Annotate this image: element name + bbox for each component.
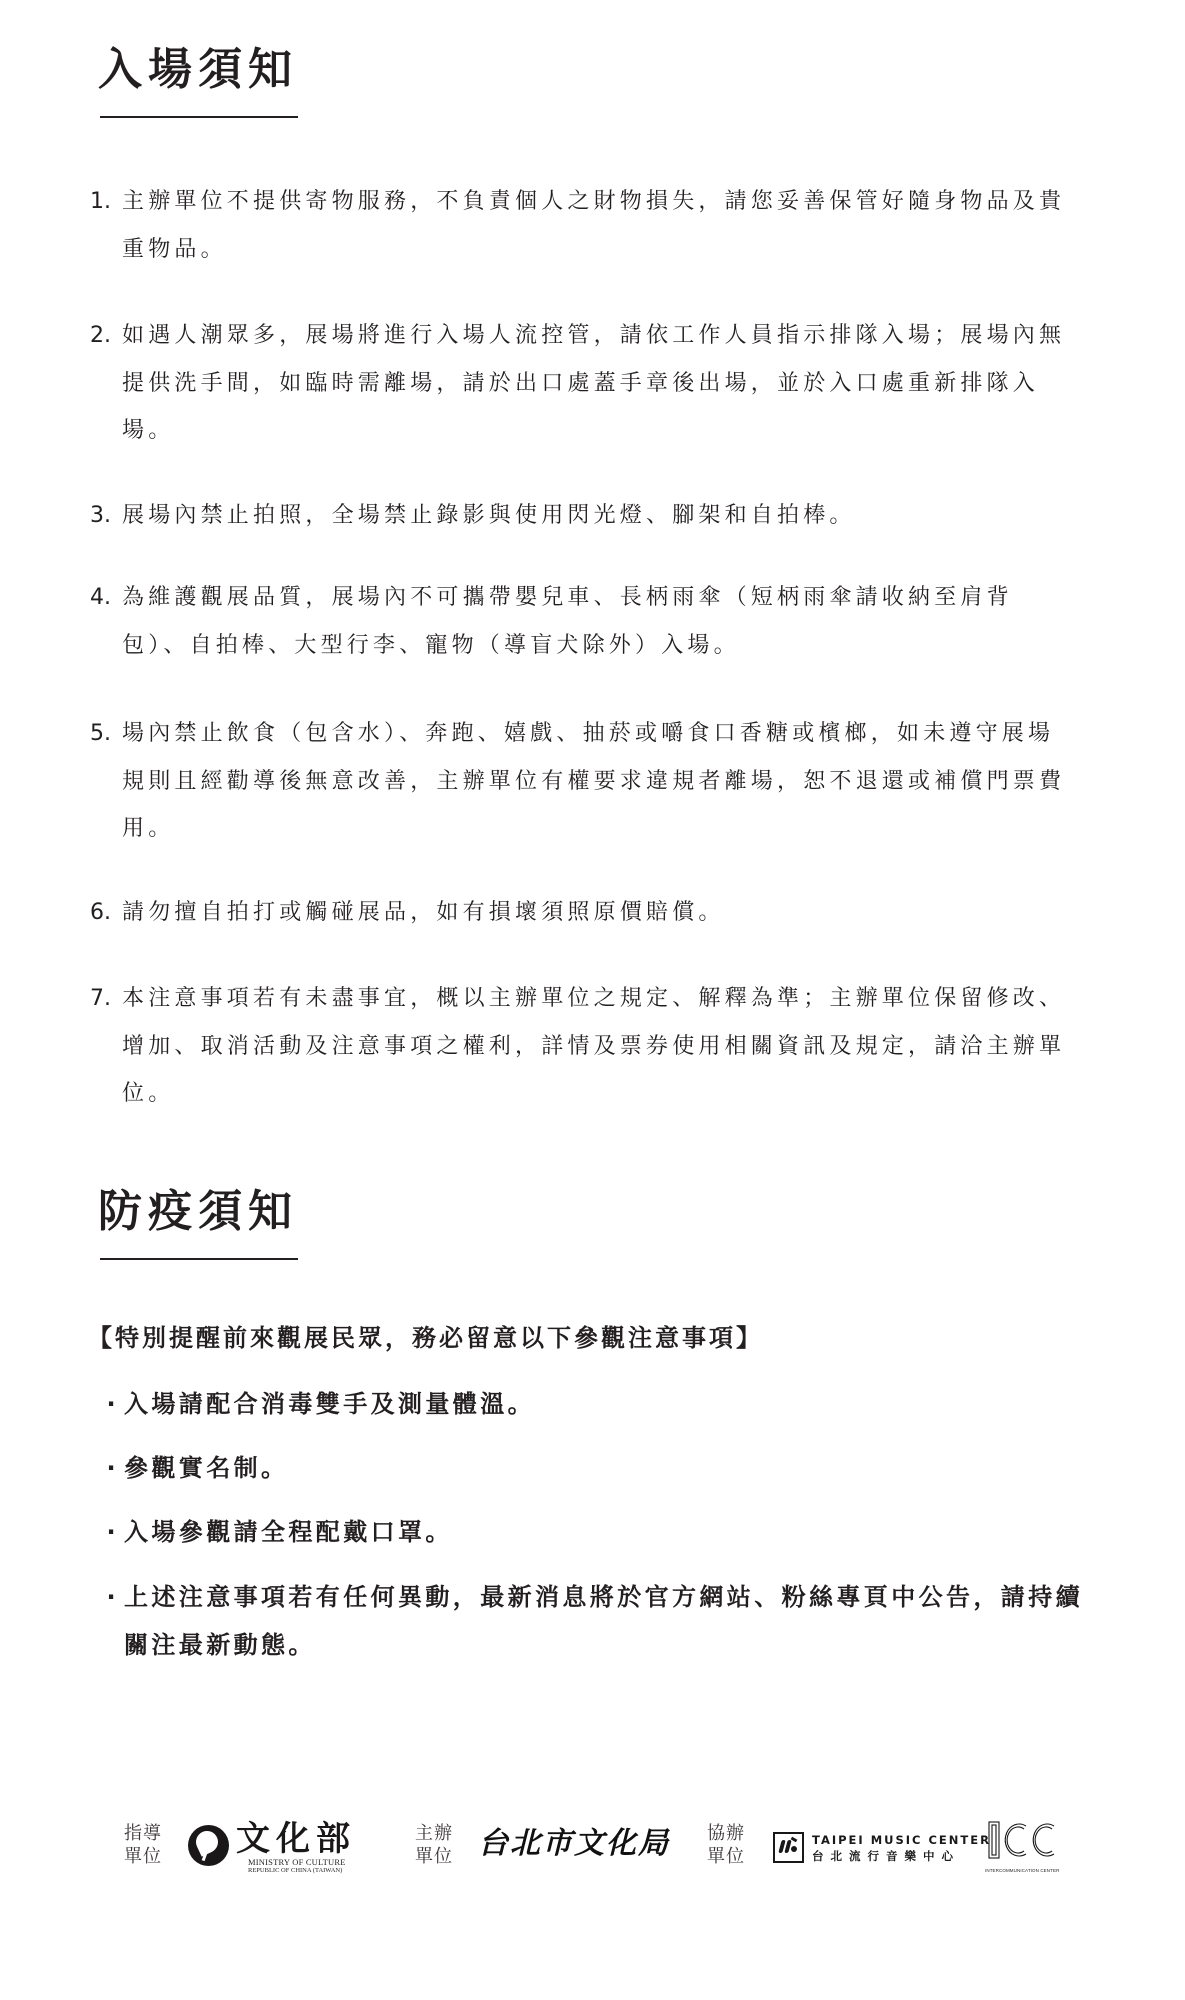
guidance-label-line1: 指導 bbox=[124, 1822, 168, 1845]
co-organizer-unit-label: 協辦 單位 bbox=[707, 1822, 751, 1868]
taipei-music-center-emblem-icon bbox=[773, 1832, 804, 1863]
rule-number: 5. bbox=[90, 710, 122, 758]
rule-number: 1. bbox=[90, 178, 122, 226]
bullet-text: 入場請配合消毒雙手及測量體溫。 bbox=[124, 1380, 1090, 1428]
bullet-text: 入場參觀請全程配戴口罩。 bbox=[124, 1508, 1090, 1556]
rule-item-7: 7. 本注意事項若有未盡事宜，概以主辦單位之規定、解釋為準；主辦單位保留修改、增… bbox=[90, 975, 1080, 1118]
ministry-of-culture-english: MINISTRY OF CULTURE bbox=[248, 1857, 346, 1867]
rule-number: 3. bbox=[90, 492, 122, 540]
rule-number: 6. bbox=[90, 889, 122, 937]
rule-text: 主辦單位不提供寄物服務，不負責個人之財物損失，請您妥善保管好隨身物品及貴重物品。 bbox=[122, 178, 1080, 273]
rule-text: 請勿擅自拍打或觸碰展品，如有損壞須照原價賠償。 bbox=[122, 889, 1080, 937]
ministry-of-culture-country: REPUBLIC OF CHINA (TAIWAN) bbox=[248, 1867, 342, 1875]
rule-number: 4. bbox=[90, 574, 122, 622]
rule-text: 如遇人潮眾多，展場將進行入場人流控管，請依工作人員指示排隊入場；展場內無提供洗手… bbox=[122, 312, 1080, 455]
bullet-text: 參觀實名制。 bbox=[124, 1444, 1090, 1492]
organizer-unit-label: 主辦 單位 bbox=[415, 1822, 459, 1868]
taipei-music-center-chinese: 台北流行音樂中心 bbox=[812, 1849, 960, 1863]
taipei-culture-bureau-logo: 台北市文化局 bbox=[478, 1824, 670, 1864]
taipei-music-center-english: TAIPEI MUSIC CENTER bbox=[812, 1833, 991, 1847]
rule-text: 展場內禁止拍照，全場禁止錄影與使用閃光燈、腳架和自拍棒。 bbox=[122, 492, 1080, 540]
organizer-label-line1: 主辦 bbox=[415, 1822, 459, 1845]
epidemic-notice-title: 防疫須知 bbox=[98, 1186, 298, 1238]
guidance-label-line2: 單位 bbox=[124, 1845, 168, 1868]
rule-text: 本注意事項若有未盡事宜，概以主辦單位之規定、解釋為準；主辦單位保留修改、增加、取… bbox=[122, 975, 1080, 1118]
rule-number: 7. bbox=[90, 975, 122, 1023]
rule-item-3: 3. 展場內禁止拍照，全場禁止錄影與使用閃光燈、腳架和自拍棒。 bbox=[90, 492, 1080, 540]
epidemic-reminder-heading: 【特別提醒前來觀展民眾，務必留意以下參觀注意事項】 bbox=[88, 1318, 763, 1358]
epidemic-notice-title-underline bbox=[100, 1258, 298, 1260]
rule-item-4: 4. 為維護觀展品質，展場內不可攜帶嬰兒車、長柄雨傘（短柄雨傘請收納至肩背包）、… bbox=[90, 574, 1080, 669]
rule-item-6: 6. 請勿擅自拍打或觸碰展品，如有損壞須照原價賠償。 bbox=[90, 889, 1080, 937]
rule-item-5: 5. 場內禁止飲食（包含水）、奔跑、嬉戲、抽菸或嚼食口香糖或檳榔，如未遵守展場規… bbox=[90, 710, 1080, 853]
rule-number: 2. bbox=[90, 312, 122, 360]
rule-item-1: 1. 主辦單位不提供寄物服務，不負責個人之財物損失，請您妥善保管好隨身物品及貴重… bbox=[90, 178, 1080, 273]
ministry-of-culture-logo-text: 文化部 bbox=[236, 1820, 356, 1858]
rule-text: 為維護觀展品質，展場內不可攜帶嬰兒車、長柄雨傘（短柄雨傘請收納至肩背包）、自拍棒… bbox=[122, 574, 1080, 669]
organizer-label-line2: 單位 bbox=[415, 1845, 459, 1868]
bullet-dot-icon: · bbox=[100, 1380, 122, 1428]
bullet-dot-icon: · bbox=[100, 1508, 122, 1556]
epidemic-bullet-1: · 入場請配合消毒雙手及測量體溫。 bbox=[100, 1380, 1090, 1428]
ministry-of-culture-emblem-icon bbox=[188, 1825, 229, 1866]
entry-notice-title-underline bbox=[100, 116, 298, 118]
bullet-dot-icon: · bbox=[100, 1444, 122, 1492]
epidemic-bullet-3: · 入場參觀請全程配戴口罩。 bbox=[100, 1508, 1090, 1556]
co-organizer-label-line1: 協辦 bbox=[707, 1822, 751, 1845]
epidemic-bullet-2: · 參觀實名制。 bbox=[100, 1444, 1090, 1492]
bullet-text: 上述注意事項若有任何異動，最新消息將於官方網站、粉絲專頁中公告，請持續關注最新動… bbox=[124, 1573, 1090, 1669]
icc-logo-icon bbox=[986, 1820, 1056, 1860]
bullet-dot-icon: · bbox=[100, 1573, 122, 1621]
guidance-unit-label: 指導 單位 bbox=[124, 1822, 168, 1868]
rule-text: 場內禁止飲食（包含水）、奔跑、嬉戲、抽菸或嚼食口香糖或檳榔，如未遵守展場規則且經… bbox=[122, 710, 1080, 853]
entry-notice-title: 入場須知 bbox=[98, 44, 298, 96]
icc-subtitle: INTERCOMMUNICATION CENTER bbox=[985, 1868, 1059, 1874]
rule-item-2: 2. 如遇人潮眾多，展場將進行入場人流控管，請依工作人員指示排隊入場；展場內無提… bbox=[90, 312, 1080, 455]
epidemic-bullet-4: · 上述注意事項若有任何異動，最新消息將於官方網站、粉絲專頁中公告，請持續關注最… bbox=[100, 1573, 1090, 1669]
co-organizer-label-line2: 單位 bbox=[707, 1845, 751, 1868]
